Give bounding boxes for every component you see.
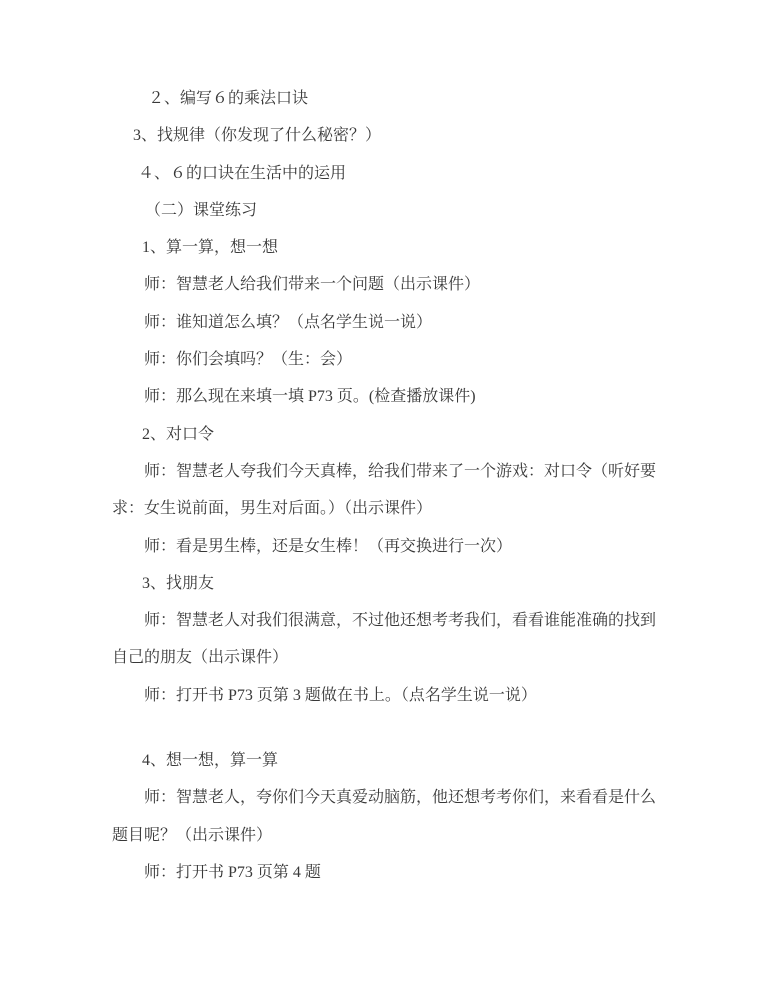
paragraph-spacer [112, 714, 658, 742]
text-line: 3、找朋友 [112, 565, 658, 602]
text-line: 师：看是男生棒，还是女生棒！（再交换进行一次） [112, 528, 658, 565]
text-line: （二）课堂练习 [112, 192, 658, 229]
text-line: 4、想一想，算一算 [112, 742, 658, 779]
text-line: 2、对口令 [112, 416, 658, 453]
document-text-block: ２、编写６的乘法口诀3、找规律（你发现了什么秘密？）４、６的口诀在生活中的运用（… [0, 0, 770, 891]
text-line: 师：那么现在来填一填 P73 页。(检查播放课件) [112, 378, 658, 415]
text-line: 师：你们会填吗？（生：会） [112, 341, 658, 378]
text-line: 师：智慧老人对我们很满意，不过他还想考考我们，看看谁能准确的找到 [112, 602, 658, 639]
text-line: 师：打开书 P73 页第 3 题做在书上。（点名学生说一说） [112, 677, 658, 714]
text-line: 师：打开书 P73 页第 4 题 [112, 854, 658, 891]
text-line: ２、编写６的乘法口诀 [112, 80, 658, 117]
text-line: 师：智慧老人给我们带来一个问题（出示课件） [112, 266, 658, 303]
text-line: 师：智慧老人夸我们今天真棒，给我们带来了一个游戏：对口令（听好要 [112, 453, 658, 490]
text-line: 自己的朋友（出示课件） [112, 639, 658, 676]
text-line: 求：女生说前面，男生对后面。）（出示课件） [112, 490, 658, 527]
text-line: 师：智慧老人，夸你们今天真爱动脑筋，他还想考考你们，来看看是什么 [112, 779, 658, 816]
text-line: ４、６的口诀在生活中的运用 [112, 155, 658, 192]
text-line: 3、找规律（你发现了什么秘密？） [112, 117, 658, 154]
text-line: 1、算一算，想一想 [112, 229, 658, 266]
text-line: 师：谁知道怎么填？（点名学生说一说） [112, 304, 658, 341]
document-page: ２、编写６的乘法口诀3、找规律（你发现了什么秘密？）４、６的口诀在生活中的运用（… [0, 0, 770, 1000]
text-line: 题目呢？（出示课件） [112, 817, 658, 854]
